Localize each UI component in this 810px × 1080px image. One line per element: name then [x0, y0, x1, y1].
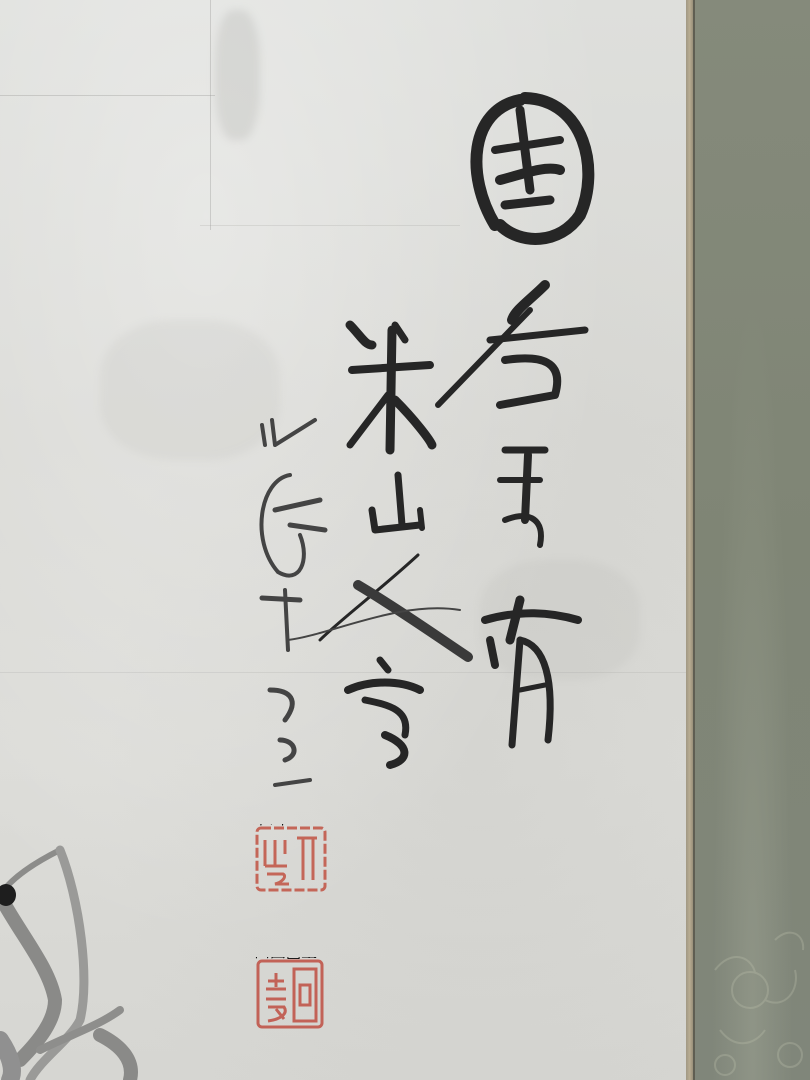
silk-brocade-mount: [695, 0, 810, 1080]
hanging-scroll: 囲 香春宵 米山人寫 时年七十又二 米山 西圖□室: [0, 0, 810, 1080]
seal-upper-text: 米山: [253, 824, 285, 828]
glyph-xie: [348, 660, 420, 765]
glyph-ren: [320, 555, 468, 657]
glyph-chun: [500, 450, 545, 545]
artist-seal-lower: 西圖□室: [254, 957, 326, 1031]
glyph-xiang: [438, 285, 585, 405]
seal-lower-text: 西圖□室: [254, 957, 317, 961]
artist-seal-upper: 米山: [253, 824, 329, 894]
glyph-xiao: [485, 600, 578, 745]
floral-brocade-pattern: [695, 880, 810, 1080]
title-glyph: [476, 98, 588, 239]
glyph-shan: [372, 475, 422, 530]
glyph-mi: [350, 325, 432, 450]
ink-orchid-painting: [0, 820, 200, 1080]
